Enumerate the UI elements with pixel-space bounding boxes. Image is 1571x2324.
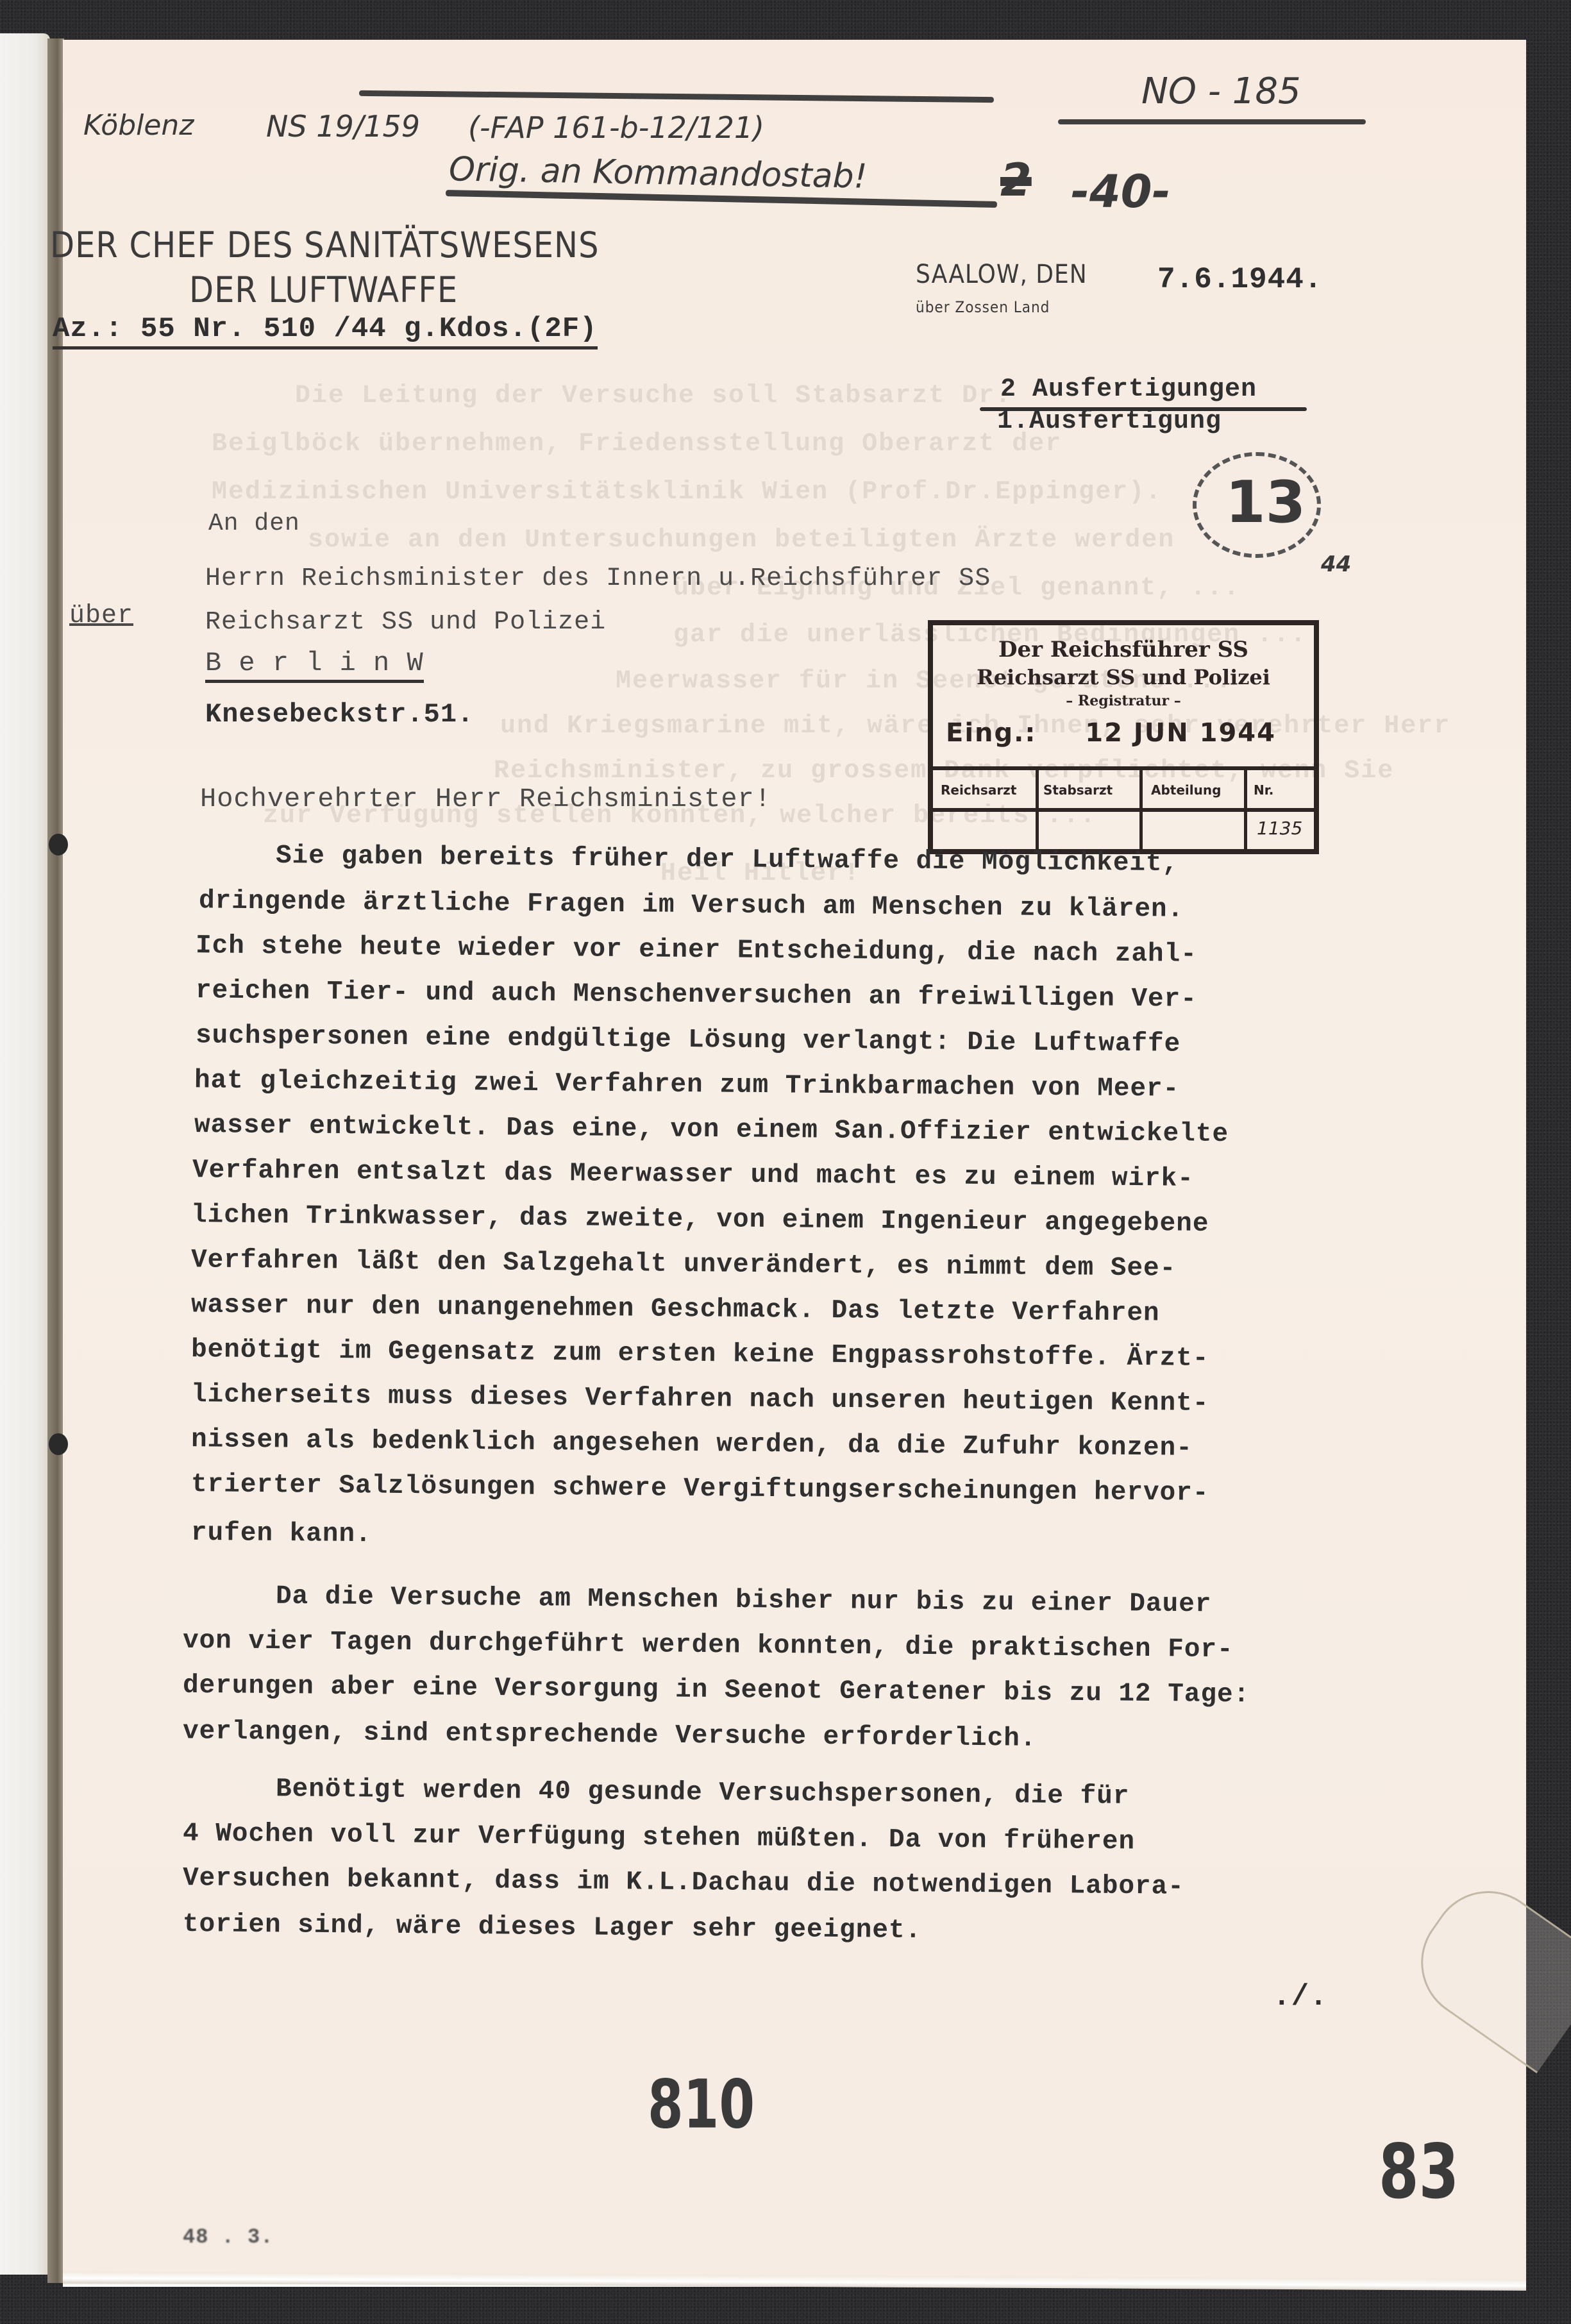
bleed-line: Medizinischen Universitätsklinik Wien (P… <box>212 478 1162 507</box>
copy-number: 1.Ausfertigung <box>997 407 1222 436</box>
bleed-line: Die Leitung der Versuche soll Stabsarzt … <box>295 382 1012 410</box>
body-line: rufen kann. <box>191 1510 372 1558</box>
handwritten-page-number: 83 <box>1379 2128 1459 2216</box>
handwritten-archive-ref: Köblenz <box>83 109 194 142</box>
handwritten-fap-ref: (-FAP 161-b-12/121) <box>468 110 764 145</box>
stamp-line-2: Reichsarzt SS und Polizei <box>933 665 1314 689</box>
handwritten-rule-right <box>1058 119 1366 124</box>
punch-hole <box>49 1433 68 1455</box>
letterhead-line-1: DER CHEF DES SANITÄTSWESENS <box>50 224 600 265</box>
salutation: Hochverehrter Herr Reichsminister! <box>200 784 771 814</box>
stamp-column-label: Nr. <box>1254 782 1273 798</box>
stamp-journal-number: 1135 <box>1257 818 1302 839</box>
stamp-column-label: Reichsarzt <box>941 782 1016 798</box>
circled-number-suffix: 44 <box>1321 552 1351 577</box>
stamp-rule <box>933 766 1314 770</box>
addressee-city: B e r l i n W <box>205 648 424 683</box>
handwritten-folio-number: 810 <box>648 2066 755 2143</box>
continuation-mark: ./. <box>1273 1980 1328 2014</box>
adjacent-page-edge <box>0 33 50 2275</box>
stamp-received-date: Eing.: 12 JUN 1944 <box>946 718 1276 748</box>
stamp-column-label: Stabsarzt <box>1043 782 1113 798</box>
bleed-line: Beiglböck übernehmen, Friedensstellung O… <box>212 430 1062 459</box>
circled-number: 13 <box>1225 469 1306 536</box>
struck-page-number: 2 <box>1000 154 1032 206</box>
stamp-column-label: Abteilung <box>1151 782 1221 798</box>
body-line: torien sind, wäre dieses Lager sehr geei… <box>183 1901 922 1954</box>
stamp-date-label: Eing.: <box>946 718 1036 748</box>
nuremberg-document-number: NO - 185 <box>1141 71 1301 112</box>
binding-shadow <box>47 38 64 2283</box>
via-label: über <box>69 602 133 630</box>
body-line: verlangen, sind entsprechende Versuche e… <box>183 1708 1037 1762</box>
place-label: SAALOW, DEN <box>916 260 1088 289</box>
body-line: Versuchen bekannt, dass im K.L.Dachau di… <box>183 1855 1184 1910</box>
receipt-stamp: Der Reichsführer SS Reichsarzt SS und Po… <box>928 620 1319 854</box>
page-number-mark: -40- <box>1071 165 1171 218</box>
place-sub-label: über Zossen Land <box>916 298 1050 316</box>
stamp-line-1: Der Reichsführer SS <box>933 637 1314 662</box>
body-line: Benötigt werden 40 gesunde Versuchsperso… <box>276 1766 1130 1820</box>
stamp-line-3: – Registratur – <box>933 693 1314 709</box>
smudged-mark: 48 . 3. <box>183 2225 273 2249</box>
bleed-line: sowie an den Untersuchungen beteiligten … <box>308 526 1175 555</box>
stamp-date-value: 12 JUN 1944 <box>1085 718 1276 748</box>
addressee-street: Knesebeckstr.51. <box>205 699 474 730</box>
addressee-line-1: Herrn Reichsminister des Innern u.Reichs… <box>205 564 991 593</box>
addressee-prefix: An den <box>208 510 300 537</box>
letter-date: 7.6.1944. <box>1157 263 1322 296</box>
reference-number: Az.: 55 Nr. 510 /44 g.Kdos.(2F) <box>53 313 598 349</box>
circled-sheet-number: 13 <box>1193 452 1321 558</box>
punch-hole <box>49 834 68 855</box>
letterhead-line-2: DER LUFTWAFFE <box>189 269 458 310</box>
body-line: Sie gaben bereits früher der Luftwaffe d… <box>276 833 1179 887</box>
handwritten-note: Orig. an Kommandostab! <box>449 150 868 196</box>
body-line: trierter Salzlösungen schwere Vergiftung… <box>191 1461 1209 1517</box>
addressee-line-2: Reichsarzt SS und Polizei <box>205 608 606 637</box>
handwritten-ns-ref: NS 19/159 <box>266 109 420 144</box>
stamp-rule <box>933 808 1314 812</box>
stamp-column-divider <box>1244 770 1247 853</box>
copies-total: 2 Ausfertigungen <box>1000 375 1257 404</box>
